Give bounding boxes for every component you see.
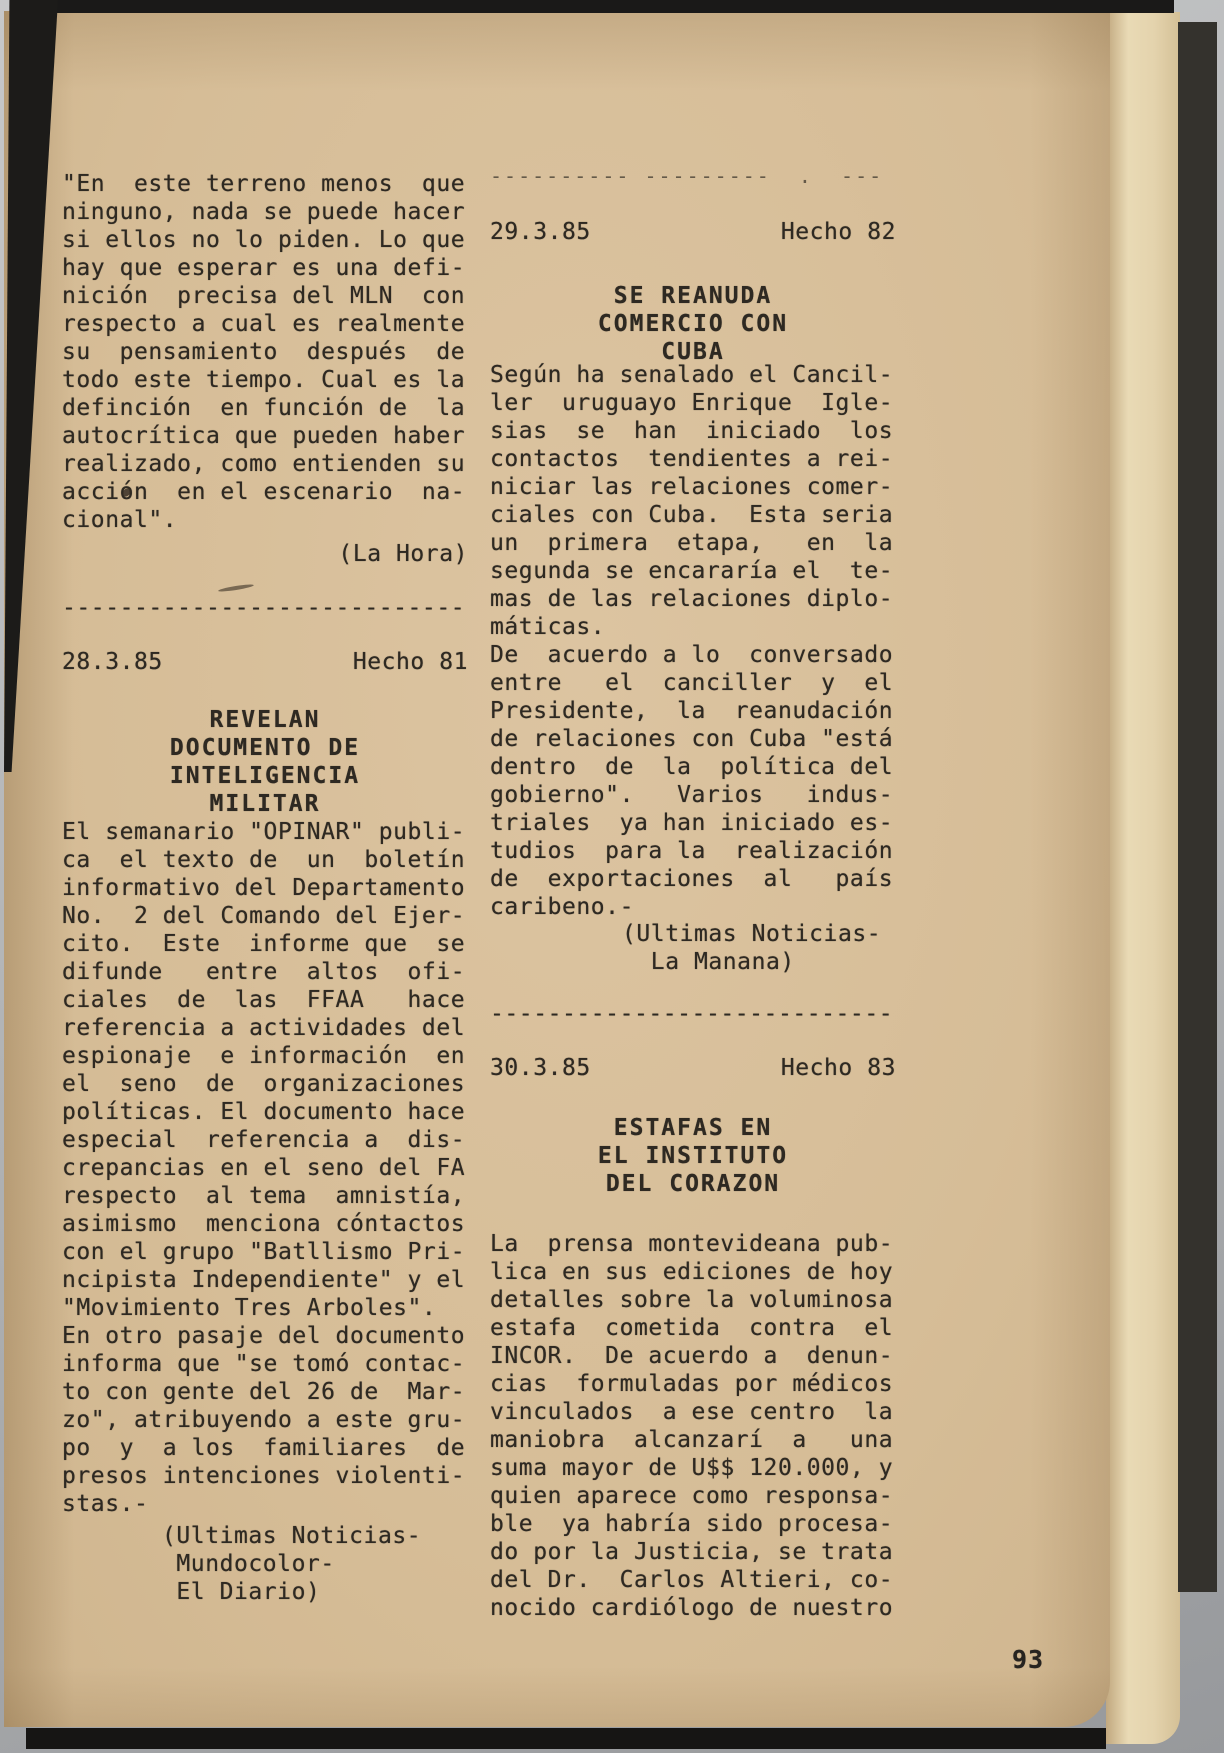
hecho-81-body: El semanario "OPINAR" publi- ca el texto… bbox=[62, 818, 468, 1518]
entry-body: El semanario "OPINAR" publi- ca el texto… bbox=[62, 818, 468, 1518]
hecho-83-body: La prensa montevideana pub- lica en sus … bbox=[490, 1230, 896, 1622]
hecho-82-title: SE REANUDA COMERCIO CON CUBA bbox=[490, 282, 896, 366]
hecho-83-header: 30.3.85 Hecho 83 bbox=[490, 1054, 896, 1082]
page-number: 93 bbox=[1012, 1645, 1044, 1674]
black-frame-top bbox=[52, 0, 1174, 13]
left-separator: ---------------------------- bbox=[62, 594, 468, 622]
entry-number: Hecho 82 bbox=[781, 218, 896, 246]
entry-date: 30.3.85 bbox=[490, 1054, 591, 1082]
hecho-82-header: 29.3.85 Hecho 82 bbox=[490, 218, 896, 246]
left-column: "En este terreno menos que ninguno, nada… bbox=[62, 170, 468, 534]
hecho-81-header: 28.3.85 Hecho 81 bbox=[62, 648, 468, 676]
entry-body: La prensa montevideana pub- lica en sus … bbox=[490, 1230, 896, 1622]
entry-title: REVELAN DOCUMENTO DE INTELIGENCIA MILITA… bbox=[62, 706, 468, 818]
source-attribution: (La Hora) bbox=[338, 540, 468, 568]
book-page-edges bbox=[1106, 12, 1180, 1744]
entry-body: Según ha senalado el Cancil- ler uruguay… bbox=[490, 361, 896, 921]
dashed-separator: ---------------------------- bbox=[490, 1000, 896, 1028]
hecho-82-attribution: (Ultimas Noticias- La Manana) bbox=[622, 920, 1028, 976]
entry-date: 28.3.85 bbox=[62, 648, 163, 676]
dashed-separator: ---------------------------- bbox=[62, 594, 468, 622]
source-attribution: (Ultimas Noticias- La Manana) bbox=[622, 920, 1028, 976]
right-top-dotted-line: ---------- --------- . --- bbox=[490, 162, 896, 190]
quote-paragraph: "En este terreno menos que ninguno, nada… bbox=[62, 170, 468, 534]
left-column-quote-attribution: (La Hora) bbox=[62, 540, 468, 568]
entry-number: Hecho 81 bbox=[353, 648, 468, 676]
hecho-82-body: Según ha senalado el Cancil- ler uruguay… bbox=[490, 361, 896, 921]
scanned-book-photo: "En este terreno menos que ninguno, nada… bbox=[0, 0, 1224, 1753]
black-frame-right bbox=[1178, 22, 1217, 1592]
black-frame-bottom bbox=[26, 1728, 1106, 1749]
hecho-81-title: REVELAN DOCUMENTO DE INTELIGENCIA MILITA… bbox=[62, 706, 468, 818]
entry-title: ESTAFAS EN EL INSTITUTO DEL CORAZON bbox=[490, 1114, 896, 1198]
entry-number: Hecho 83 bbox=[781, 1054, 896, 1082]
faint-dotted-separator: ---------- --------- . --- bbox=[490, 162, 896, 190]
entry-date: 29.3.85 bbox=[490, 218, 591, 246]
hecho-83-title: ESTAFAS EN EL INSTITUTO DEL CORAZON bbox=[490, 1114, 896, 1198]
right-separator: ---------------------------- bbox=[490, 1000, 896, 1028]
entry-title: SE REANUDA COMERCIO CON CUBA bbox=[490, 282, 896, 366]
